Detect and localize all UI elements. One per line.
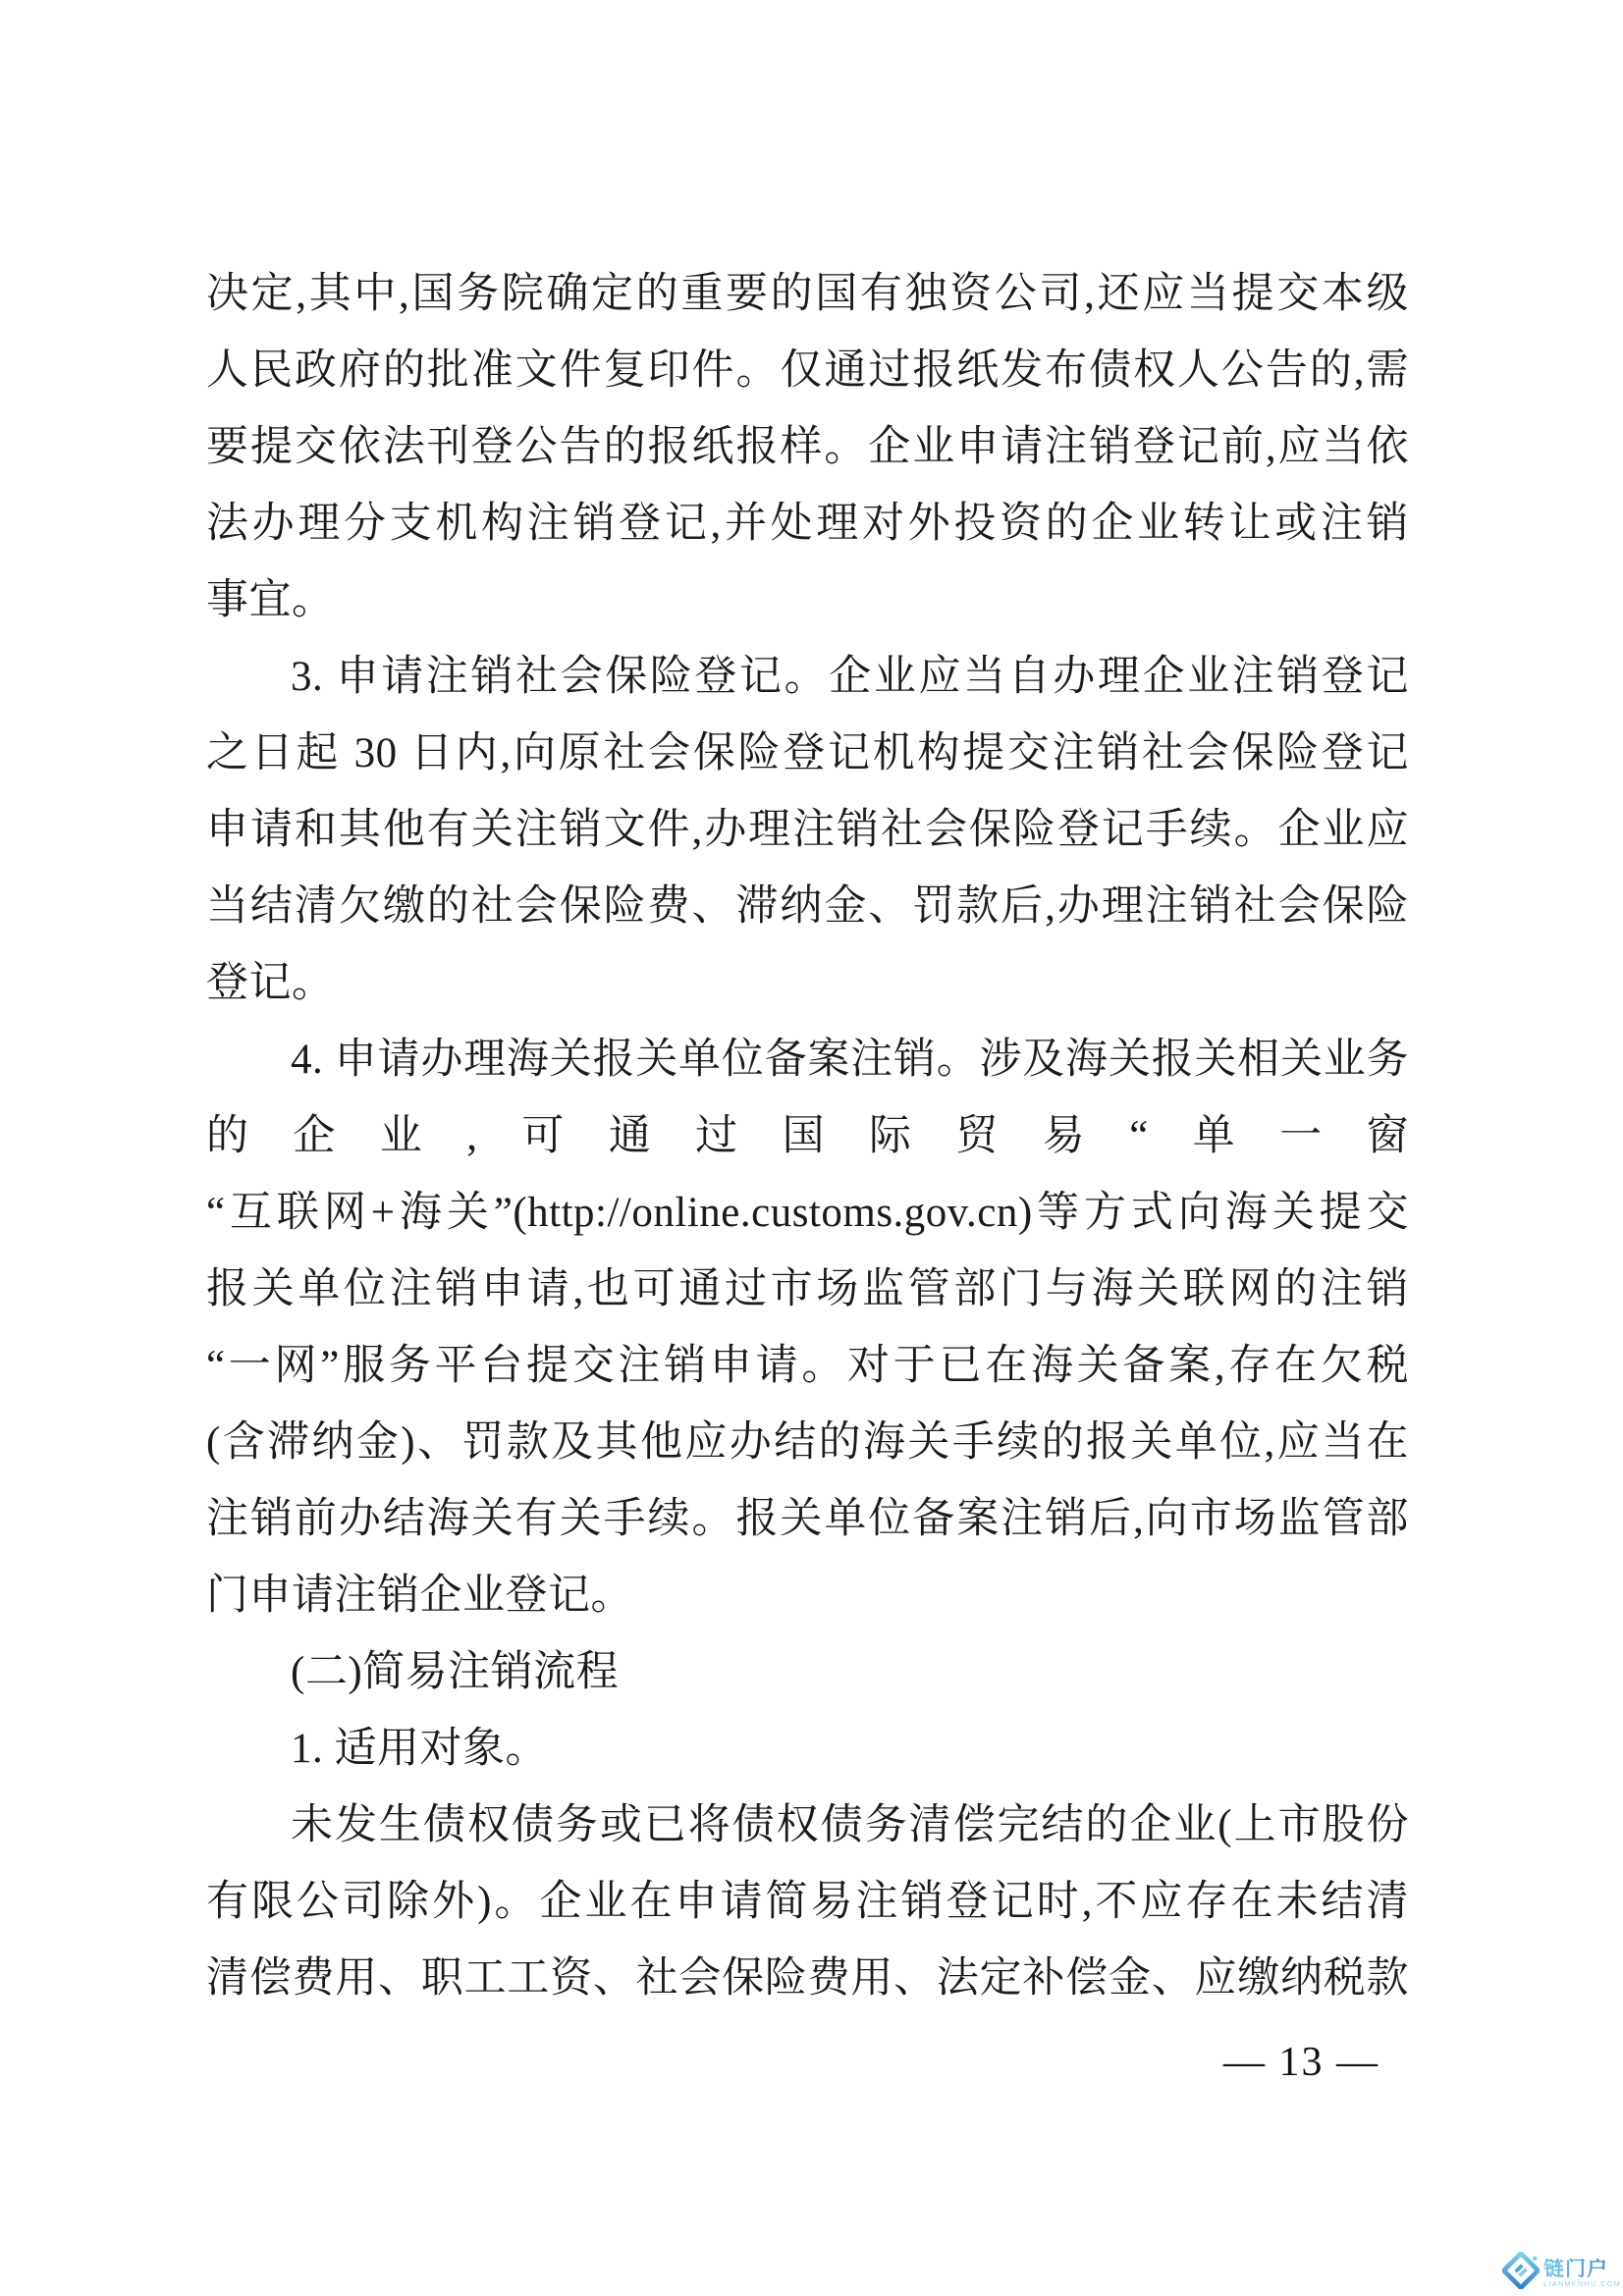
watermark-brand-text: 链门户 bbox=[1543, 2259, 1621, 2279]
text-line: 法办理分支机构注销登记,并处理对外投资的企业转让或注销 bbox=[206, 486, 1409, 562]
text-line: 决定,其中,国务院确定的重要的国有独资公司,还应当提交本级 bbox=[206, 256, 1409, 333]
page-number: — 13 — bbox=[1223, 2033, 1380, 2092]
text-line: 1. 适用对象。 bbox=[206, 1711, 1409, 1788]
lianmenhu-diamond-logo-icon bbox=[1502, 2252, 1540, 2294]
text-line: 报关单位注销申请,也可通过市场监管部门与海关联网的注销 bbox=[206, 1252, 1409, 1328]
text-line: (二)简易注销流程 bbox=[206, 1634, 1409, 1711]
text-line: 申请和其他有关注销文件,办理注销社会保险登记手续。企业应 bbox=[206, 792, 1409, 869]
document-body: 决定,其中,国务院确定的重要的国有独资公司,还应当提交本级人民政府的批准文件复印… bbox=[206, 256, 1409, 2017]
text-line: 登记。 bbox=[206, 945, 1409, 1022]
text-line: “互联网+海关”(http://online.customs.gov.cn)等方… bbox=[206, 1175, 1409, 1252]
text-line: 事宜。 bbox=[206, 562, 1409, 639]
document-page: 决定,其中,国务院确定的重要的国有独资公司,还应当提交本级人民政府的批准文件复印… bbox=[0, 0, 1623, 2296]
text-line: 清偿费用、职工工资、社会保险费用、法定补偿金、应缴纳税款(滞 bbox=[206, 1941, 1409, 2017]
text-line: 之日起 30 日内,向原社会保险登记机构提交注销社会保险登记 bbox=[206, 716, 1409, 792]
text-line: 门申请注销企业登记。 bbox=[206, 1558, 1409, 1634]
text-line: 的企业,可通过国际贸易“单一窗口”(http://www.singlewindo… bbox=[206, 1098, 1409, 1175]
text-line: 未发生债权债务或已将债权债务清偿完结的企业(上市股份 bbox=[206, 1788, 1409, 1864]
text-line: 人民政府的批准文件复印件。仅通过报纸发布债权人公告的,需 bbox=[206, 333, 1409, 409]
text-line: 有限公司除外)。企业在申请简易注销登记时,不应存在未结清 bbox=[206, 1864, 1409, 1941]
watermark-lianmenhu: 链门户 LIANMENHU.COM bbox=[1502, 2252, 1621, 2294]
text-line: 4. 申请办理海关报关单位备案注销。涉及海关报关相关业务 bbox=[206, 1022, 1409, 1098]
text-line: 要提交依法刊登公告的报纸报样。企业申请注销登记前,应当依 bbox=[206, 409, 1409, 486]
text-line: 注销前办结海关有关手续。报关单位备案注销后,向市场监管部 bbox=[206, 1481, 1409, 1558]
text-line: 当结清欠缴的社会保险费、滞纳金、罚款后,办理注销社会保险 bbox=[206, 869, 1409, 945]
text-line: “一网”服务平台提交注销申请。对于已在海关备案,存在欠税 bbox=[206, 1328, 1409, 1405]
text-line: (含滞纳金)、罚款及其他应办结的海关手续的报关单位,应当在 bbox=[206, 1405, 1409, 1481]
watermark-domain-text: LIANMENHU.COM bbox=[1543, 2281, 1621, 2288]
text-line: 3. 申请注销社会保险登记。企业应当自办理企业注销登记 bbox=[206, 639, 1409, 716]
